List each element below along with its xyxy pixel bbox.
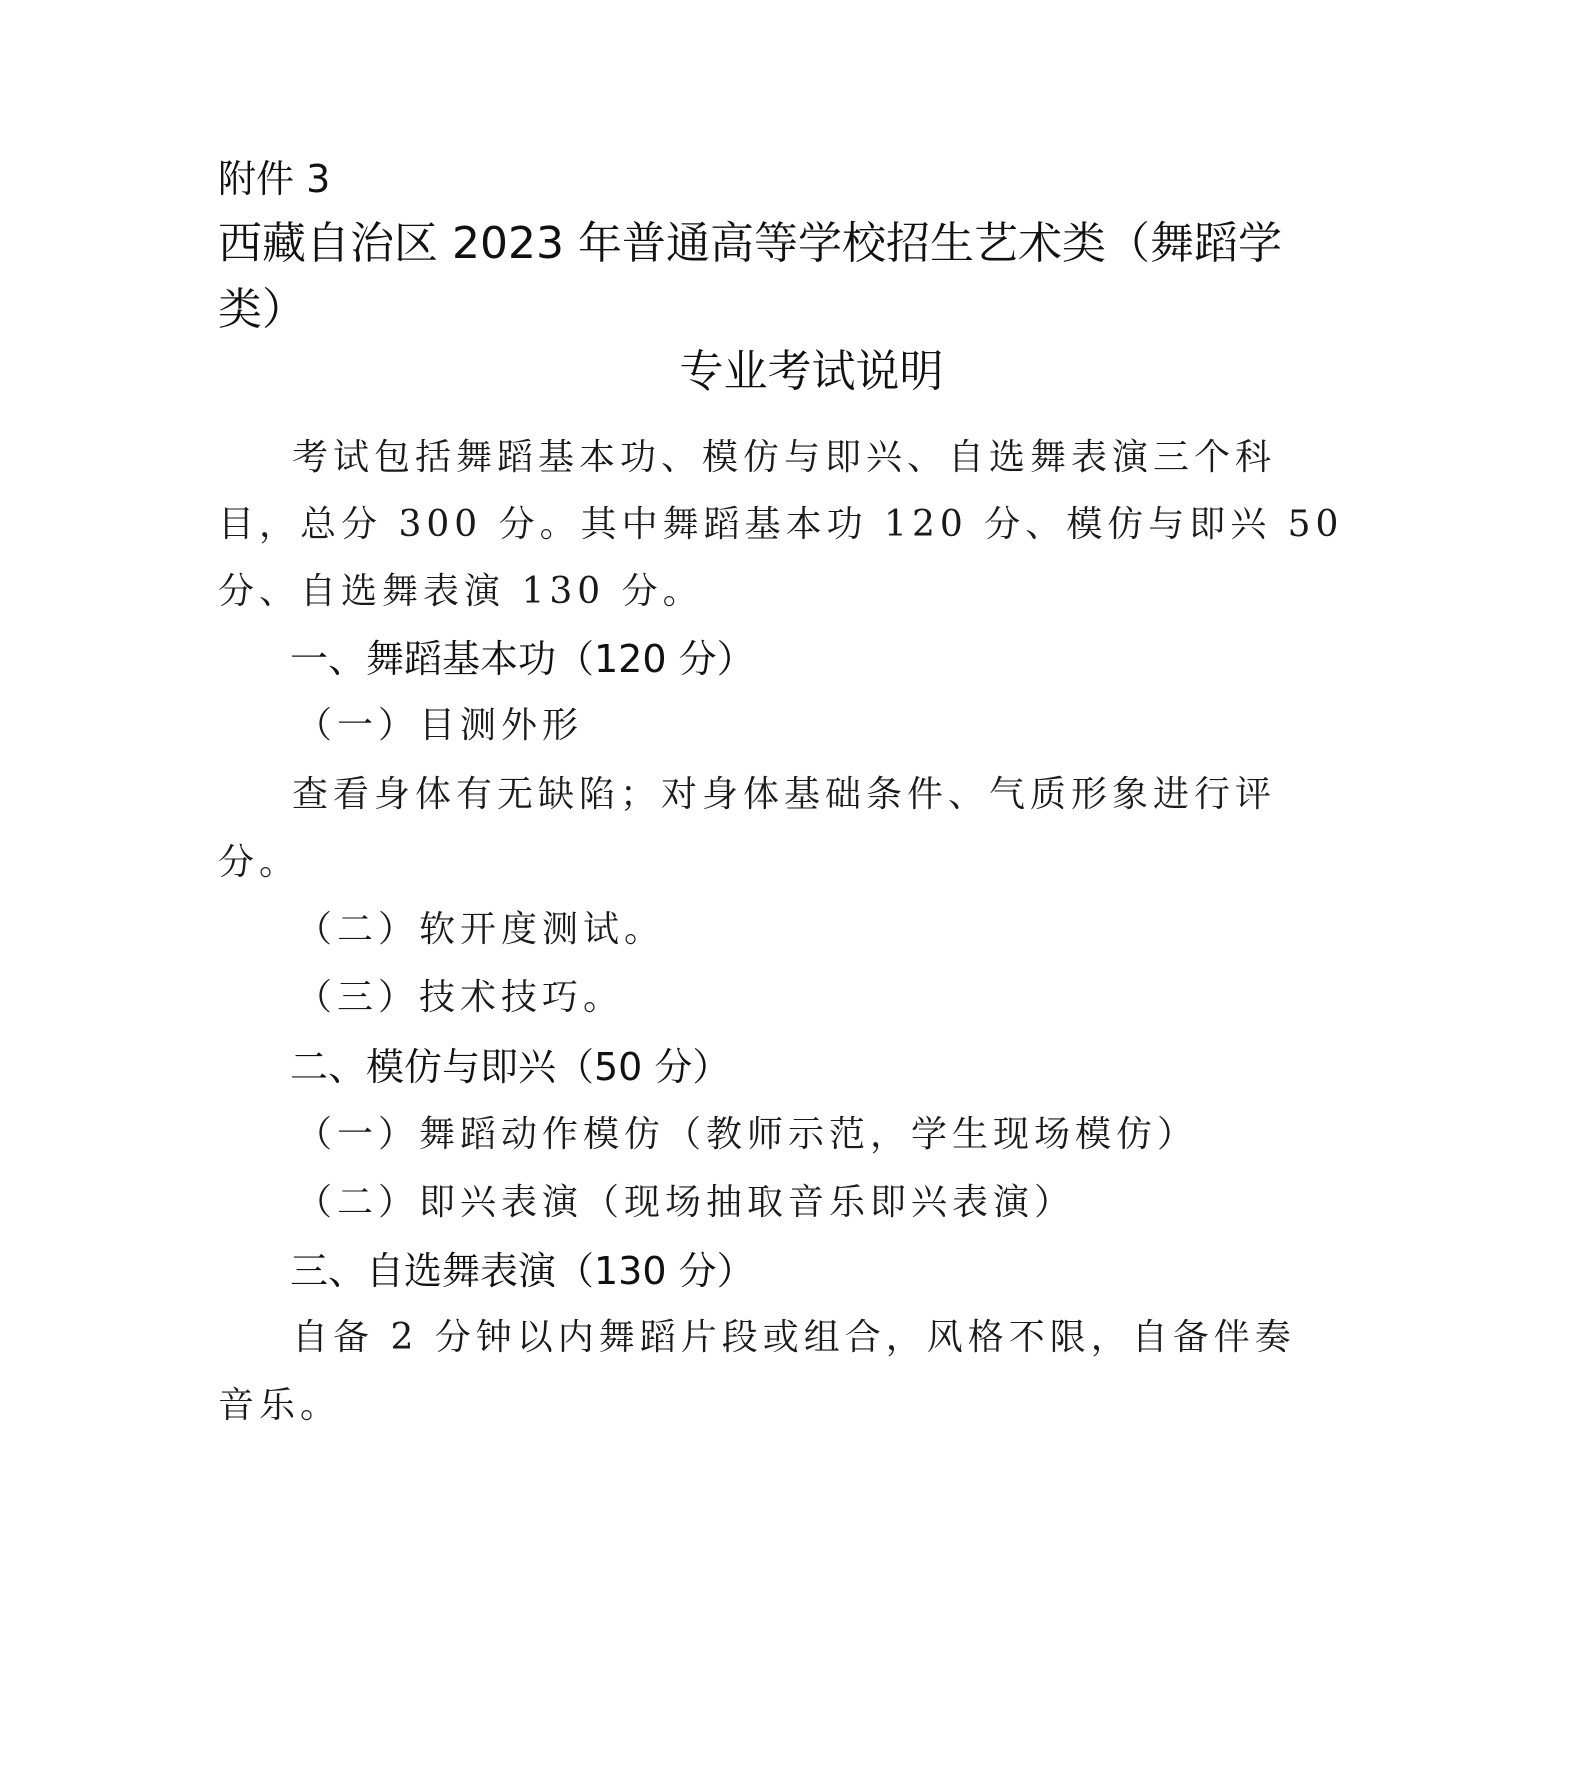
document-subtitle: 专业考试说明 — [0, 350, 1587, 394]
document-title-line-1: 西藏自治区 2023 年普通高等学校招生艺术类（舞蹈学 — [218, 222, 1198, 266]
document-page: 附件 3 西藏自治区 2023 年普通高等学校招生艺术类（舞蹈学 类） 专业考试… — [0, 0, 1587, 1770]
document-title-line-2: 类） — [218, 288, 1198, 332]
selected-dance-detail-line-2: 音乐。 — [218, 1388, 1198, 1424]
section-heading-selected-dance: 三、自选舞表演（130 分） — [290, 1252, 1270, 1290]
subsection-technical-skills: （三）技术技巧。 — [296, 980, 1276, 1016]
visual-inspection-detail-line-1: 查看身体有无缺陷；对身体基础条件、气质形象进行评 — [292, 777, 1272, 813]
intro-paragraph-line-3: 分、自选舞表演 130 分。 — [218, 574, 1198, 610]
intro-paragraph-line-2: 目，总分 300 分。其中舞蹈基本功 120 分、模仿与即兴 50 — [218, 507, 1198, 543]
selected-dance-detail-line-1: 自备 2 分钟以内舞蹈片段或组合，风格不限，自备伴奏 — [292, 1320, 1272, 1356]
visual-inspection-detail-line-2: 分。 — [218, 845, 1198, 881]
section-heading-imitation-improvisation: 二、模仿与即兴（50 分） — [290, 1048, 1270, 1086]
subsection-improvisation: （二）即兴表演（现场抽取音乐即兴表演） — [296, 1185, 1276, 1221]
attachment-label: 附件 3 — [218, 160, 1198, 198]
subsection-dance-imitation: （一）舞蹈动作模仿（教师示范，学生现场模仿） — [296, 1117, 1276, 1153]
subsection-flexibility-test: （二）软开度测试。 — [296, 912, 1276, 948]
intro-paragraph-line-1: 考试包括舞蹈基本功、模仿与即兴、自选舞表演三个科 — [292, 440, 1272, 476]
section-heading-dance-fundamentals: 一、舞蹈基本功（120 分） — [290, 640, 1270, 678]
subsection-visual-inspection: （一）目测外形 — [296, 708, 1276, 744]
